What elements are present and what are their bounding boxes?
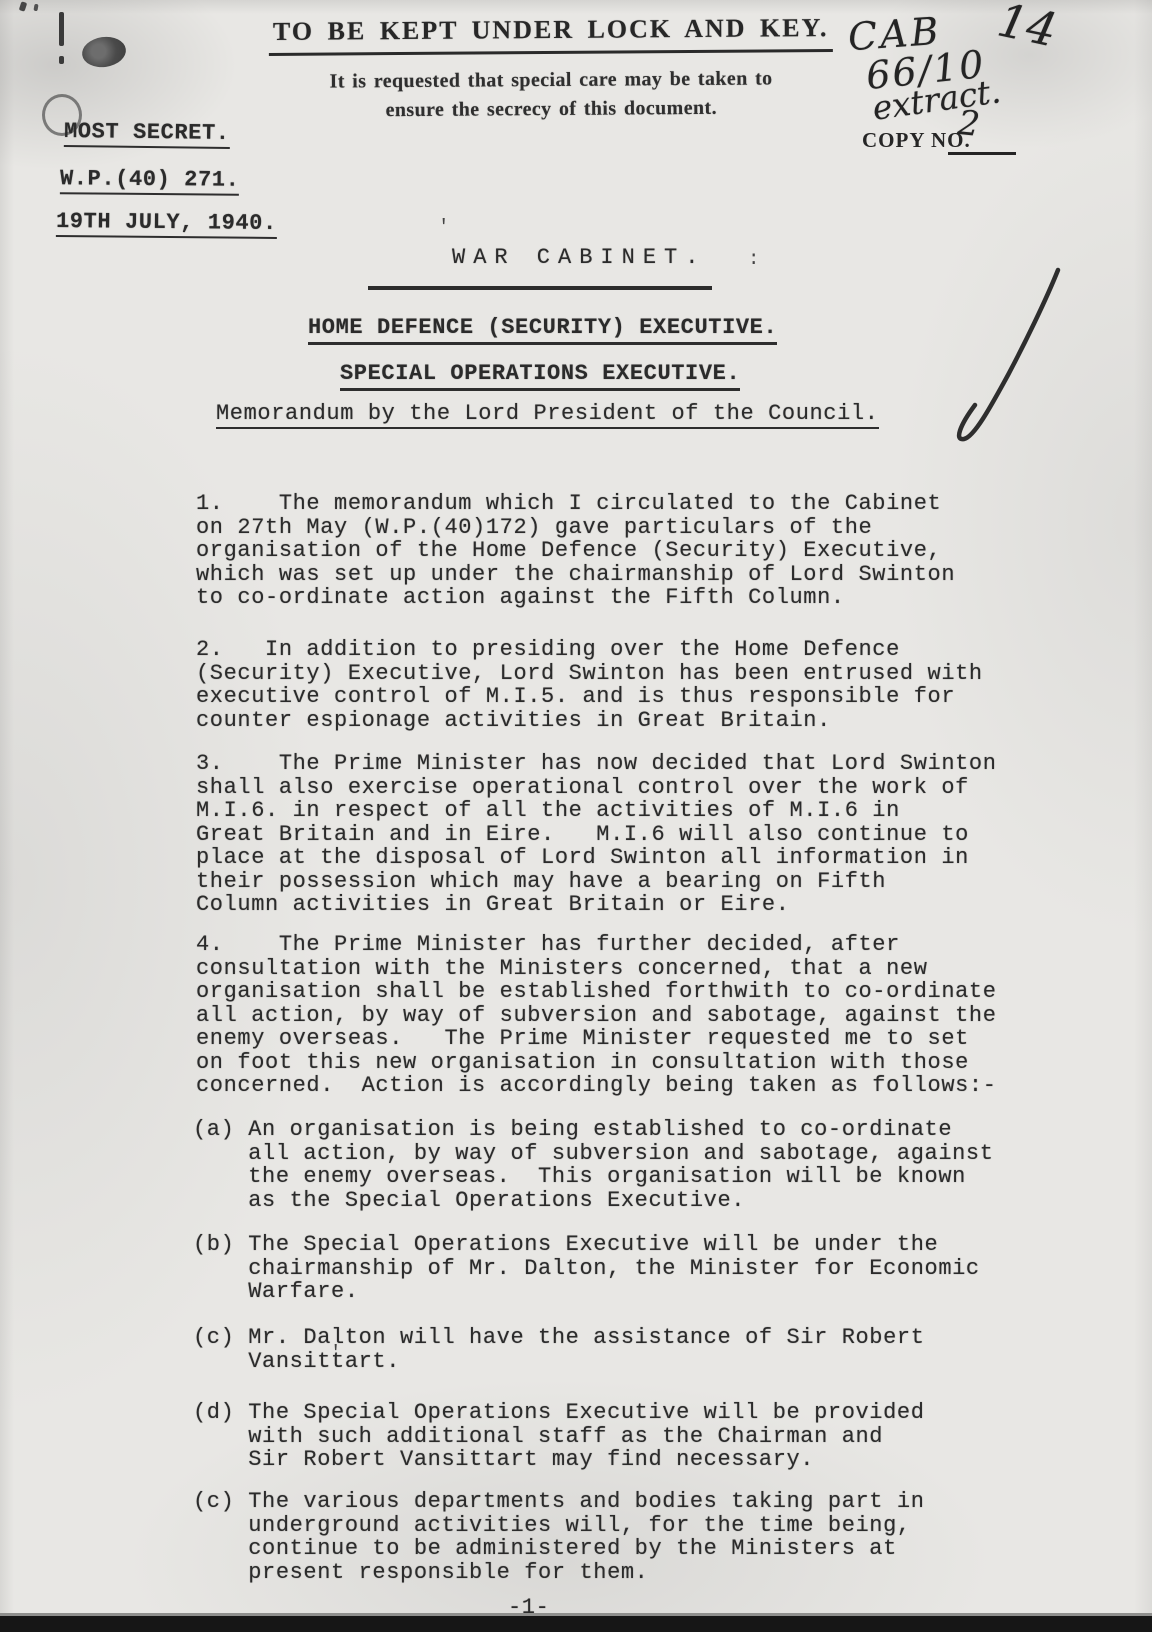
secrecy-notice-line1: It is requested that special care may be…	[245, 64, 857, 97]
paragraph-4: 4. The Prime Minister has further decide…	[196, 933, 997, 1098]
handwritten-checkmark	[930, 260, 1070, 450]
memorandum-subtitle: Memorandum by the Lord President of the …	[216, 402, 879, 426]
war-cabinet-title: WAR CABINET.	[452, 246, 706, 270]
list-item-c: (c) Mr. Dalton will have the assistance …	[193, 1326, 925, 1373]
paper-reference: W.P.(40) 271.	[60, 167, 240, 192]
secrecy-header: TO BE KEPT UNDER LOCK AND KEY. It is req…	[245, 13, 858, 126]
ink-dot-artifact	[59, 56, 64, 64]
memorandum-subtitle-text: Memorandum by the Lord President of the …	[216, 401, 879, 429]
ink-blob-artifact	[80, 34, 128, 70]
paragraph-3: 3. The Prime Minister has now decided th…	[196, 752, 997, 917]
lock-and-key-line: TO BE KEPT UNDER LOCK AND KEY.	[269, 13, 833, 56]
list-item-a: (a) An organisation is being established…	[193, 1118, 994, 1212]
title-rule	[368, 286, 712, 290]
handwritten-corner-number: 14	[993, 0, 1061, 57]
stray-colon-artifact: :	[748, 248, 759, 270]
list-item-d: (d) The Special Operations Executive wil…	[193, 1401, 925, 1472]
copy-no-label: COPY NO.	[862, 128, 971, 153]
document-page: TO BE KEPT UNDER LOCK AND KEY. It is req…	[0, 0, 1152, 1632]
stray-apostrophe-artifact: '	[330, 1342, 341, 1364]
document-date-text: 19TH JULY, 1940.	[56, 209, 277, 239]
heading-home-defence-text: HOME DEFENCE (SECURITY) EXECUTIVE.	[308, 315, 777, 345]
scan-edge-bar	[0, 1616, 1152, 1632]
secrecy-notice-line2: ensure the secrecy of this document.	[245, 93, 857, 126]
classification-text: MOST SECRET.	[64, 119, 230, 149]
ink-stroke-artifact	[59, 12, 64, 46]
scan-speck-artifact	[19, 1, 27, 11]
paragraph-1: 1. The memorandum which I circulated to …	[196, 492, 955, 610]
scan-speck-artifact	[33, 4, 38, 12]
handwritten-copy-number: 2	[956, 103, 982, 145]
classification-stamp: MOST SECRET.	[64, 120, 230, 146]
paragraph-2: 2. In addition to presiding over the Hom…	[196, 638, 983, 732]
list-item-b: (b) The Special Operations Executive wil…	[193, 1233, 980, 1304]
heading-soe: SPECIAL OPERATIONS EXECUTIVE.	[340, 362, 740, 386]
document-date: 19TH JULY, 1940.	[56, 210, 277, 235]
heading-home-defence: HOME DEFENCE (SECURITY) EXECUTIVE.	[308, 316, 777, 340]
paper-reference-text: W.P.(40) 271.	[60, 166, 240, 196]
stray-mark-artifact: '	[438, 216, 449, 238]
copy-no-underline	[948, 152, 1016, 155]
list-item-e: (c) The various departments and bodies t…	[193, 1490, 925, 1584]
heading-soe-text: SPECIAL OPERATIONS EXECUTIVE.	[340, 361, 740, 391]
